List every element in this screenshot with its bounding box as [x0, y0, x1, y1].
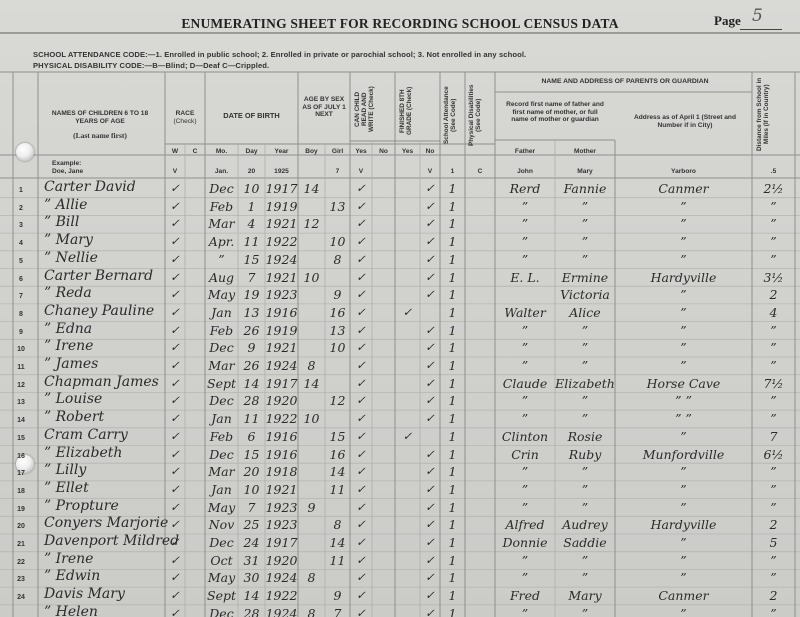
- cell-year: 1917: [265, 535, 298, 550]
- cell-rw: ✓: [350, 464, 372, 478]
- row-number: 1: [14, 187, 28, 194]
- cell-year: 1917: [265, 376, 298, 391]
- cell-mo: Dec: [205, 535, 238, 550]
- row-number: 20: [14, 523, 28, 530]
- cell-w: ✓: [165, 464, 185, 478]
- child-name: Chaney Pauline: [44, 303, 154, 319]
- cell-e8no: ✓: [420, 216, 440, 230]
- cell-girl: 14: [325, 464, 350, 479]
- cell-mother: Saddie: [555, 535, 615, 550]
- cell-year: 1920: [265, 393, 298, 408]
- subheader-father: Father: [495, 148, 555, 156]
- cell-year: 1921: [265, 270, 298, 285]
- header-parents: NAME AND ADDRESS OF PARENTS OR GUARDIAN: [500, 78, 750, 86]
- subheader-day: Day: [238, 148, 265, 156]
- cell-address: Horse Cave: [615, 376, 752, 391]
- row-number: 9: [14, 329, 28, 336]
- example-year: 1925: [265, 168, 298, 175]
- child-name: ” Louise: [44, 391, 102, 407]
- cell-father: Clinton: [495, 429, 555, 444]
- cell-year: 1924: [265, 358, 298, 373]
- cell-boy: 8: [298, 358, 325, 373]
- child-name: ” Helen: [44, 604, 98, 617]
- row-number: 24: [14, 594, 28, 601]
- cell-year: 1919: [265, 199, 298, 214]
- cell-rw: ✓: [350, 588, 372, 602]
- cell-rw: ✓: [350, 252, 372, 266]
- example-school: 1: [440, 168, 465, 175]
- cell-mother: ”: [555, 358, 615, 373]
- cell-father: ”: [495, 464, 555, 479]
- cell-rw: ✓: [350, 411, 372, 425]
- cell-day: 13: [238, 305, 265, 320]
- cell-sch: 1: [440, 270, 465, 285]
- cell-w: ✓: [165, 234, 185, 248]
- row-number: 17: [14, 470, 28, 477]
- cell-dist: 5: [752, 535, 795, 550]
- subheader-year: Year: [265, 148, 298, 156]
- cell-father: Donnie: [495, 535, 555, 550]
- header-names: NAMES OF CHILDREN 6 TO 18 YEARS OF AGE: [50, 110, 150, 125]
- cell-father: ”: [495, 358, 555, 373]
- cell-year: 1918: [265, 464, 298, 479]
- cell-address: ”: [615, 358, 752, 373]
- cell-mo: Dec: [205, 340, 238, 355]
- header-dob: DATE OF BIRTH: [205, 112, 298, 121]
- cell-address: ”: [615, 252, 752, 267]
- cell-mother: Ruby: [555, 447, 615, 462]
- cell-girl: 7: [325, 606, 350, 617]
- cell-mo: Sept: [205, 376, 238, 391]
- cell-father: ”: [495, 234, 555, 249]
- cell-rw: ✓: [350, 216, 372, 230]
- cell-father: Rerd: [495, 181, 555, 196]
- cell-sch: 1: [440, 199, 465, 214]
- cell-address: ” ”: [615, 411, 752, 426]
- cell-e8no: ✓: [420, 358, 440, 372]
- row-number: 5: [14, 258, 28, 265]
- cell-girl: 13: [325, 323, 350, 338]
- row-number: 7: [14, 293, 28, 300]
- cell-e8no: ✓: [420, 606, 440, 617]
- cell-father: ”: [495, 570, 555, 585]
- cell-rw: ✓: [350, 305, 372, 319]
- cell-dist: ”: [752, 500, 795, 515]
- cell-w: ✓: [165, 199, 185, 213]
- cell-e8no: ✓: [420, 252, 440, 266]
- child-name: ” Nellie: [44, 250, 98, 266]
- child-name: Davenport Mildred: [44, 533, 179, 549]
- cell-mo: Feb: [205, 199, 238, 214]
- cell-mother: ”: [555, 500, 615, 515]
- cell-rw: ✓: [350, 376, 372, 390]
- cell-mother: Rosie: [555, 429, 615, 444]
- example-mother: Mary: [555, 168, 615, 175]
- cell-mother: ”: [555, 411, 615, 426]
- row-number: 18: [14, 488, 28, 495]
- cell-e8no: ✓: [420, 393, 440, 407]
- cell-address: ” ”: [615, 393, 752, 408]
- cell-day: 7: [238, 500, 265, 515]
- cell-mother: ”: [555, 606, 615, 617]
- cell-dist: ”: [752, 570, 795, 585]
- cell-dist: ”: [752, 606, 795, 617]
- cell-dist: ”: [752, 358, 795, 373]
- header-physical-disabilities: Physical Disabilities (See Code): [468, 80, 492, 150]
- row-number: 2: [14, 205, 28, 212]
- cell-sch: 1: [440, 553, 465, 568]
- cell-year: 1922: [265, 234, 298, 249]
- cell-day: 26: [238, 323, 265, 338]
- cell-e8no: ✓: [420, 411, 440, 425]
- cell-sch: 1: [440, 411, 465, 426]
- cell-father: ”: [495, 199, 555, 214]
- cell-sch: 1: [440, 216, 465, 231]
- cell-day: 4: [238, 216, 265, 231]
- cell-year: 1921: [265, 482, 298, 497]
- cell-mo: Dec: [205, 181, 238, 196]
- cell-e8no: ✓: [420, 588, 440, 602]
- cell-girl: 16: [325, 305, 350, 320]
- cell-mother: Alice: [555, 305, 615, 320]
- cell-day: 7: [238, 270, 265, 285]
- cell-rw: ✓: [350, 535, 372, 549]
- cell-w: ✓: [165, 517, 185, 531]
- cell-w: ✓: [165, 340, 185, 354]
- cell-mother: ”: [555, 482, 615, 497]
- cell-rw: ✓: [350, 181, 372, 195]
- child-name: ” Lilly: [44, 462, 86, 478]
- cell-boy: 8: [298, 606, 325, 617]
- cell-mo: Sept: [205, 588, 238, 603]
- cell-dist: 7½: [752, 376, 795, 391]
- page-number-line: [740, 29, 782, 30]
- cell-rw: ✓: [350, 234, 372, 248]
- child-name: ” Edna: [44, 321, 92, 337]
- cell-e8no: ✓: [420, 376, 440, 390]
- example-w: V: [165, 168, 185, 175]
- subheader-w: W: [165, 148, 185, 156]
- cell-sch: 1: [440, 517, 465, 532]
- cell-year: 1924: [265, 252, 298, 267]
- cell-sch: 1: [440, 588, 465, 603]
- cell-day: 14: [238, 588, 265, 603]
- cell-dist: ”: [752, 216, 795, 231]
- cell-rw: ✓: [350, 606, 372, 617]
- cell-dist: 3½: [752, 270, 795, 285]
- subheader-boy: Boy: [298, 148, 325, 156]
- header-age: AGE BY SEX AS OF JULY 1 NEXT: [300, 96, 348, 119]
- cell-sch: 1: [440, 447, 465, 462]
- cell-w: ✓: [165, 358, 185, 372]
- row-number: 22: [14, 559, 28, 566]
- cell-girl: 12: [325, 393, 350, 408]
- child-name: ” Mary: [44, 232, 93, 248]
- subheader-mother: Mother: [555, 148, 615, 156]
- cell-mother: ”: [555, 553, 615, 568]
- cell-address: ”: [615, 305, 752, 320]
- cell-mo: Feb: [205, 323, 238, 338]
- cell-boy: 9: [298, 500, 325, 515]
- example-name: Doe, Jane: [52, 168, 83, 175]
- cell-dist: 7: [752, 429, 795, 444]
- row-number: 16: [14, 453, 28, 460]
- cell-sch: 1: [440, 606, 465, 617]
- cell-father: ”: [495, 606, 555, 617]
- cell-day: 30: [238, 570, 265, 585]
- cell-father: Claude: [495, 376, 555, 391]
- cell-w: ✓: [165, 606, 185, 617]
- cell-e8no: ✓: [420, 270, 440, 284]
- cell-father: ”: [495, 393, 555, 408]
- cell-mother: Audrey: [555, 517, 615, 532]
- cell-sch: 1: [440, 234, 465, 249]
- cell-mo: Mar: [205, 216, 238, 231]
- header-race-sub: (Check): [165, 118, 205, 126]
- cell-girl: 9: [325, 588, 350, 603]
- header-names-sub: (Last name first): [50, 132, 150, 141]
- cell-e8no: ✓: [420, 287, 440, 301]
- cell-dist: ”: [752, 340, 795, 355]
- child-name: Davis Mary: [44, 586, 125, 602]
- cell-mo: Apr.: [205, 234, 238, 249]
- cell-address: Hardyville: [615, 517, 752, 532]
- cell-address: ”: [615, 535, 752, 550]
- example-girl: 7: [325, 168, 350, 175]
- cell-day: 15: [238, 252, 265, 267]
- cell-dist: ”: [752, 252, 795, 267]
- sheet-title: ENUMERATING SHEET FOR RECORDING SCHOOL C…: [0, 16, 800, 32]
- cell-sch: 1: [440, 464, 465, 479]
- example-distance: .5: [752, 168, 795, 175]
- example-label: Example:: [52, 160, 81, 167]
- cell-e8no: ✓: [420, 570, 440, 584]
- cell-year: 1923: [265, 287, 298, 302]
- cell-boy: 14: [298, 181, 325, 196]
- cell-mo: ”: [205, 252, 238, 267]
- cell-dist: 2: [752, 517, 795, 532]
- cell-address: ”: [615, 606, 752, 617]
- example-mo: Jan.: [205, 168, 238, 175]
- cell-father: ”: [495, 482, 555, 497]
- census-sheet: ENUMERATING SHEET FOR RECORDING SCHOOL C…: [0, 0, 800, 617]
- cell-day: 25: [238, 517, 265, 532]
- cell-girl: 10: [325, 234, 350, 249]
- cell-boy: 12: [298, 216, 325, 231]
- cell-address: ”: [615, 216, 752, 231]
- cell-address: ”: [615, 464, 752, 479]
- cell-w: ✓: [165, 482, 185, 496]
- cell-rw: ✓: [350, 270, 372, 284]
- subheader-8th-yes: Yes: [395, 148, 420, 156]
- cell-day: 28: [238, 393, 265, 408]
- cell-w: ✓: [165, 429, 185, 443]
- cell-rw: ✓: [350, 287, 372, 301]
- cell-year: 1921: [265, 216, 298, 231]
- cell-e8no: ✓: [420, 323, 440, 337]
- child-name: Carter David: [44, 179, 136, 195]
- header-distance: Distance from School in Miles (If in Cou…: [756, 76, 792, 152]
- cell-mother: ”: [555, 393, 615, 408]
- cell-e8no: ✓: [420, 553, 440, 567]
- cell-mo: Mar: [205, 464, 238, 479]
- cell-rw: ✓: [350, 199, 372, 213]
- cell-mother: ”: [555, 464, 615, 479]
- cell-father: ”: [495, 500, 555, 515]
- title-rule: [0, 32, 800, 34]
- header-address: Address as of April 1 (Street and Number…: [630, 114, 740, 129]
- cell-day: 11: [238, 411, 265, 426]
- page-label: Page: [714, 13, 741, 29]
- cell-father: ”: [495, 411, 555, 426]
- cell-sch: 1: [440, 500, 465, 515]
- cell-mother: Victoria: [555, 287, 615, 302]
- cell-address: ”: [615, 553, 752, 568]
- cell-mo: May: [205, 287, 238, 302]
- cell-mother: ”: [555, 323, 615, 338]
- page-number: 5: [752, 6, 763, 26]
- child-name: ” Edwin: [44, 568, 100, 584]
- cell-father: ”: [495, 216, 555, 231]
- row-number: 23: [14, 576, 28, 583]
- cell-mo: May: [205, 500, 238, 515]
- cell-sch: 1: [440, 429, 465, 444]
- cell-dist: ”: [752, 234, 795, 249]
- cell-day: 1: [238, 199, 265, 214]
- cell-rw: ✓: [350, 323, 372, 337]
- cell-e8no: ✓: [420, 535, 440, 549]
- cell-mother: Fannie: [555, 181, 615, 196]
- cell-e8no: ✓: [420, 500, 440, 514]
- cell-sch: 1: [440, 340, 465, 355]
- child-name: ” Propture: [44, 498, 119, 514]
- cell-mo: May: [205, 570, 238, 585]
- cell-day: 28: [238, 606, 265, 617]
- cell-day: 10: [238, 181, 265, 196]
- subheader-rw-no: No: [372, 148, 395, 156]
- cell-e8no: ✓: [420, 447, 440, 461]
- cell-year: 1921: [265, 340, 298, 355]
- cell-rw: ✓: [350, 340, 372, 354]
- subheader-mo: Mo.: [205, 148, 238, 156]
- cell-sch: 1: [440, 323, 465, 338]
- cell-rw: ✓: [350, 500, 372, 514]
- cell-address: Canmer: [615, 181, 752, 196]
- cell-mother: ”: [555, 199, 615, 214]
- cell-year: 1916: [265, 429, 298, 444]
- cell-girl: 15: [325, 429, 350, 444]
- cell-e8yes: ✓: [395, 429, 420, 443]
- cell-day: 14: [238, 376, 265, 391]
- cell-address: ”: [615, 323, 752, 338]
- cell-girl: 11: [325, 482, 350, 497]
- row-number: 15: [14, 435, 28, 442]
- header-read-write: CAN CHILD READ AND WRITE (Check): [354, 82, 390, 137]
- cell-girl: 8: [325, 252, 350, 267]
- cell-w: ✓: [165, 323, 185, 337]
- cell-w: ✓: [165, 570, 185, 584]
- header-race: RACE: [165, 110, 205, 118]
- row-number: 10: [14, 346, 28, 353]
- cell-rw: ✓: [350, 553, 372, 567]
- cell-e8no: ✓: [420, 517, 440, 531]
- cell-year: 1923: [265, 517, 298, 532]
- cell-father: Alfred: [495, 517, 555, 532]
- cell-w: ✓: [165, 287, 185, 301]
- child-name: ” Bill: [44, 214, 79, 230]
- cell-address: Munfordville: [615, 447, 752, 462]
- example-rw-yes: V: [350, 168, 372, 175]
- child-name: Conyers Marjorie: [44, 515, 168, 531]
- cell-day: 6: [238, 429, 265, 444]
- cell-mo: Jan: [205, 411, 238, 426]
- cell-father: E. L.: [495, 270, 555, 285]
- row-number: 3: [14, 222, 28, 229]
- child-name: ” Ellet: [44, 480, 89, 496]
- cell-day: 31: [238, 553, 265, 568]
- cell-w: ✓: [165, 376, 185, 390]
- attendance-code-legend: SCHOOL ATTENDANCE CODE:—1. Enrolled in p…: [33, 50, 526, 59]
- cell-dist: 2½: [752, 181, 795, 196]
- cell-dist: ”: [752, 464, 795, 479]
- row-number: 6: [14, 276, 28, 283]
- cell-mo: Dec: [205, 606, 238, 617]
- cell-father: Walter: [495, 305, 555, 320]
- cell-dist: ”: [752, 553, 795, 568]
- cell-dist: 2: [752, 287, 795, 302]
- cell-mother: ”: [555, 340, 615, 355]
- example-address: Yarboro: [615, 168, 752, 175]
- cell-mother: Mary: [555, 588, 615, 603]
- child-name: Cram Carry: [44, 427, 128, 443]
- cell-w: ✓: [165, 553, 185, 567]
- cell-address: ”: [615, 199, 752, 214]
- cell-dist: ”: [752, 411, 795, 426]
- cell-w: ✓: [165, 535, 185, 549]
- cell-sch: 1: [440, 252, 465, 267]
- cell-boy: 8: [298, 570, 325, 585]
- row-number: 4: [14, 240, 28, 247]
- cell-boy: 14: [298, 376, 325, 391]
- cell-day: 9: [238, 340, 265, 355]
- cell-w: ✓: [165, 411, 185, 425]
- cell-address: ”: [615, 340, 752, 355]
- cell-e8yes: ✓: [395, 305, 420, 319]
- cell-w: ✓: [165, 270, 185, 284]
- cell-dist: 4: [752, 305, 795, 320]
- cell-father: ”: [495, 323, 555, 338]
- row-number: 21: [14, 541, 28, 548]
- cell-mother: Ermine: [555, 270, 615, 285]
- cell-mo: Mar: [205, 358, 238, 373]
- cell-sch: 1: [440, 305, 465, 320]
- cell-e8no: ✓: [420, 234, 440, 248]
- cell-year: 1923: [265, 500, 298, 515]
- cell-year: 1920: [265, 553, 298, 568]
- header-record-note: Record first name of father and first na…: [505, 101, 605, 124]
- cell-girl: 10: [325, 340, 350, 355]
- cell-year: 1922: [265, 411, 298, 426]
- cell-address: ”: [615, 429, 752, 444]
- child-name: ” James: [44, 356, 98, 372]
- cell-address: ”: [615, 234, 752, 249]
- row-number: 11: [14, 364, 28, 371]
- cell-girl: 8: [325, 517, 350, 532]
- example-father: John: [495, 168, 555, 175]
- cell-mo: Nov: [205, 517, 238, 532]
- cell-year: 1916: [265, 305, 298, 320]
- cell-day: 24: [238, 535, 265, 550]
